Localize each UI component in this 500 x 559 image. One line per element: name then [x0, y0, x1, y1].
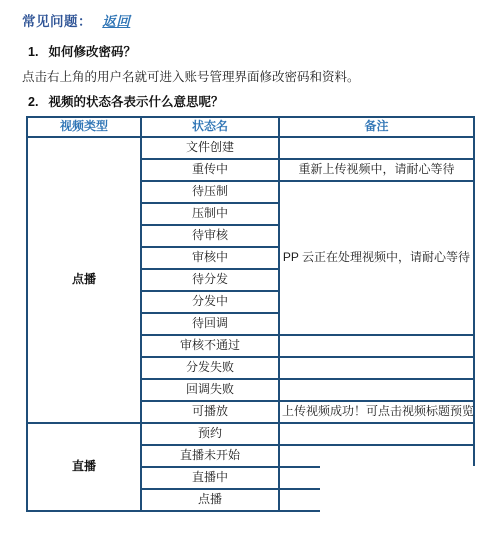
- table-cutoff-overlay: [320, 466, 500, 559]
- status-cell: 待压制: [141, 181, 279, 203]
- question-2-number: 2.: [28, 95, 45, 109]
- status-cell: 分发失败: [141, 357, 279, 379]
- remark-cell: 上传视频成功！可点击视频标题预览: [279, 401, 474, 423]
- remark-cell: [279, 379, 474, 401]
- status-cell: 待回调: [141, 313, 279, 335]
- remark-cell-processing: PP 云正在处理视频中，请耐心等待: [279, 181, 474, 335]
- status-cell: 分发中: [141, 291, 279, 313]
- header-video-type: 视频类型: [27, 117, 141, 137]
- table-row: 直播 预约: [27, 423, 474, 445]
- remark-cell: 重新上传视频中，请耐心等待: [279, 159, 474, 181]
- question-1-text: 如何修改密码？: [48, 45, 136, 59]
- remark-cell: [279, 445, 474, 467]
- status-cell: 预约: [141, 423, 279, 445]
- status-cell: 直播未开始: [141, 445, 279, 467]
- status-cell: 压制中: [141, 203, 279, 225]
- question-2: 2. 视频的状态各表示什么意思呢？: [28, 92, 500, 110]
- remark-cell: [279, 137, 474, 159]
- remark-cell: [279, 357, 474, 379]
- table-row: 点播 文件创建: [27, 137, 474, 159]
- status-cell: 文件创建: [141, 137, 279, 159]
- group-cell-vod: 点播: [27, 137, 141, 423]
- header-remark: 备注: [279, 117, 474, 137]
- remark-cell: [279, 335, 474, 357]
- remark-cell: [279, 423, 474, 445]
- status-cell: 审核中: [141, 247, 279, 269]
- question-1-number: 1.: [28, 45, 45, 59]
- status-cell: 待审核: [141, 225, 279, 247]
- answer-1: 点击右上角的用户名就可进入账号管理界面修改密码和资料。: [22, 67, 500, 85]
- faq-header: 常见问题： 返回: [22, 10, 500, 30]
- question-2-text: 视频的状态各表示什么意思呢？: [48, 95, 223, 109]
- table-header-row: 视频类型 状态名 备注: [27, 117, 474, 137]
- status-cell: 待分发: [141, 269, 279, 291]
- faq-page: 常见问题： 返回 1. 如何修改密码？ 点击右上角的用户名就可进入账号管理界面修…: [0, 0, 500, 559]
- status-cell: 点播: [141, 489, 279, 511]
- back-link[interactable]: 返回: [102, 14, 130, 29]
- group-cell-live: 直播: [27, 423, 141, 511]
- status-cell: 可播放: [141, 401, 279, 423]
- header-status-name: 状态名: [141, 117, 279, 137]
- status-cell: 直播中: [141, 467, 279, 489]
- video-status-table: 视频类型 状态名 备注 点播 文件创建 重传中 重新上传视频中，请耐心等待 待压…: [26, 116, 475, 512]
- page-title: 常见问题：: [22, 14, 92, 29]
- question-1: 1. 如何修改密码？: [28, 42, 500, 60]
- status-cell: 审核不通过: [141, 335, 279, 357]
- status-cell: 重传中: [141, 159, 279, 181]
- status-cell: 回调失败: [141, 379, 279, 401]
